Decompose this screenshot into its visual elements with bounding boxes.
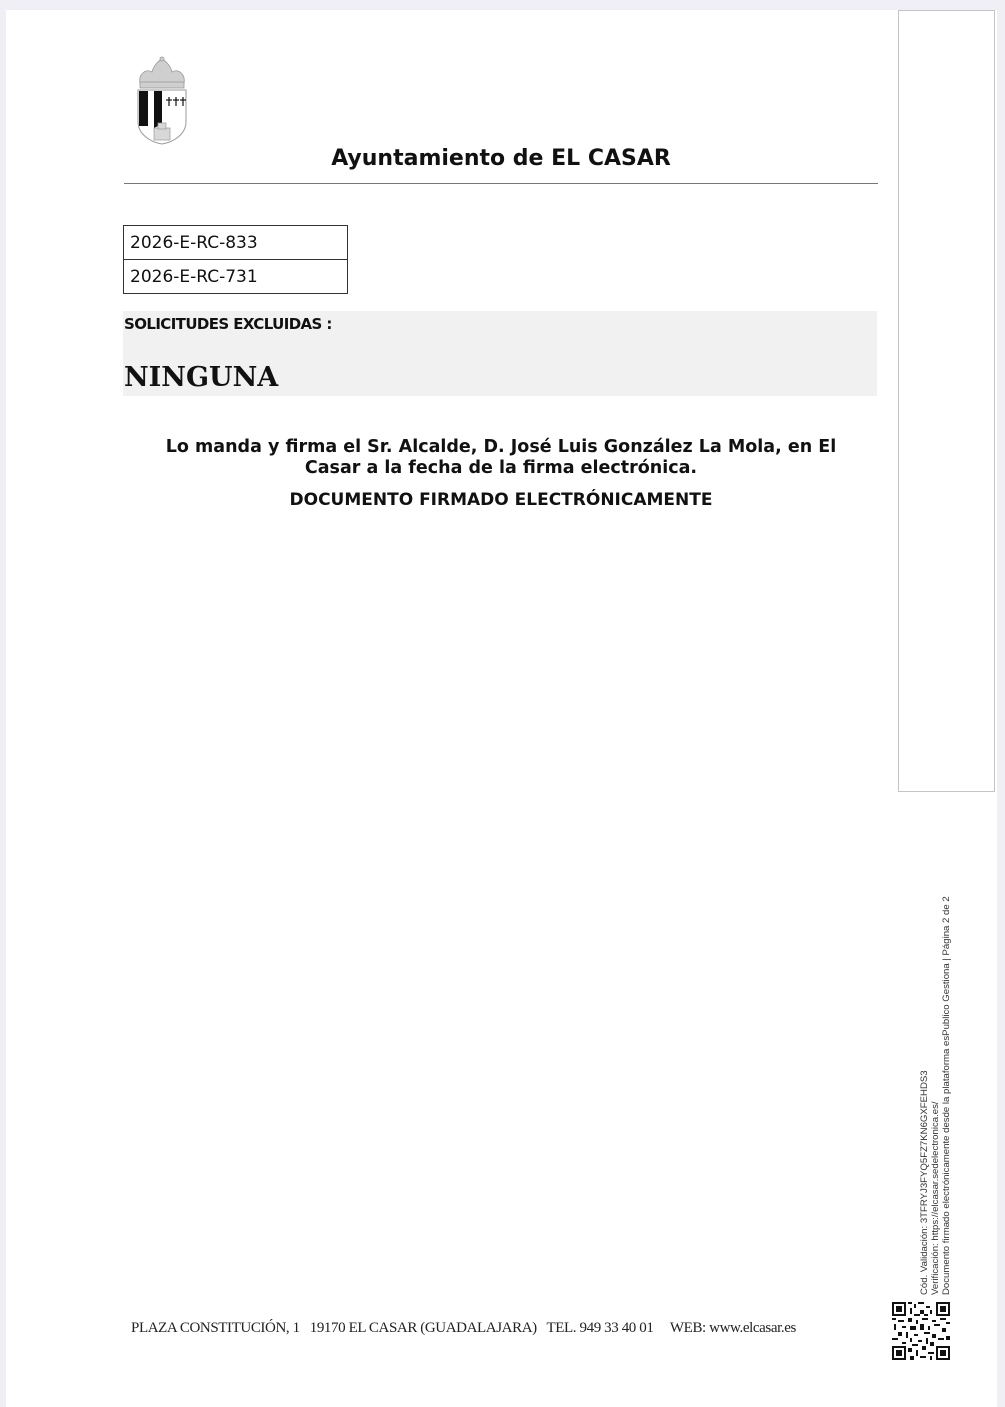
signature-statement: Lo manda y firma el Sr. Alcalde, D. José… bbox=[140, 437, 862, 479]
platform-note: Documento firmado electrónicamente desde… bbox=[941, 875, 952, 1295]
page-title: Ayuntamiento de EL CASAR bbox=[124, 146, 878, 171]
excluded-label: SOLICITUDES EXCLUIDAS : bbox=[124, 315, 332, 333]
signed-electronically-label: DOCUMENTO FIRMADO ELECTRÓNICAMENTE bbox=[140, 490, 862, 510]
reference-table: 2026-E-RC-833 2026-E-RC-731 bbox=[123, 225, 348, 294]
margin-box bbox=[898, 10, 995, 792]
table-row: 2026-E-RC-731 bbox=[124, 260, 348, 294]
validation-code: Cód. Validación: 3TFRYJ3FYQ5FZ7KN6GXFEHD… bbox=[919, 875, 930, 1295]
verification-block: Cód. Validación: 3TFRYJ3FYQ5FZ7KN6GXFEHD… bbox=[919, 875, 953, 1295]
table-row: 2026-E-RC-833 bbox=[124, 226, 348, 260]
qr-code-icon bbox=[892, 1302, 950, 1360]
coat-of-arms-logo bbox=[134, 56, 190, 146]
reference-cell: 2026-E-RC-833 bbox=[124, 226, 348, 260]
document-page bbox=[6, 10, 997, 1407]
reference-cell: 2026-E-RC-731 bbox=[124, 260, 348, 294]
footer-address: PLAZA CONSTITUCIÓN, 1 19170 EL CASAR (GU… bbox=[131, 1320, 796, 1337]
header-divider bbox=[124, 183, 878, 184]
excluded-value: NINGUNA bbox=[124, 362, 278, 393]
verification-url[interactable]: Verificación: https://elcasar.sedelectro… bbox=[930, 875, 941, 1295]
